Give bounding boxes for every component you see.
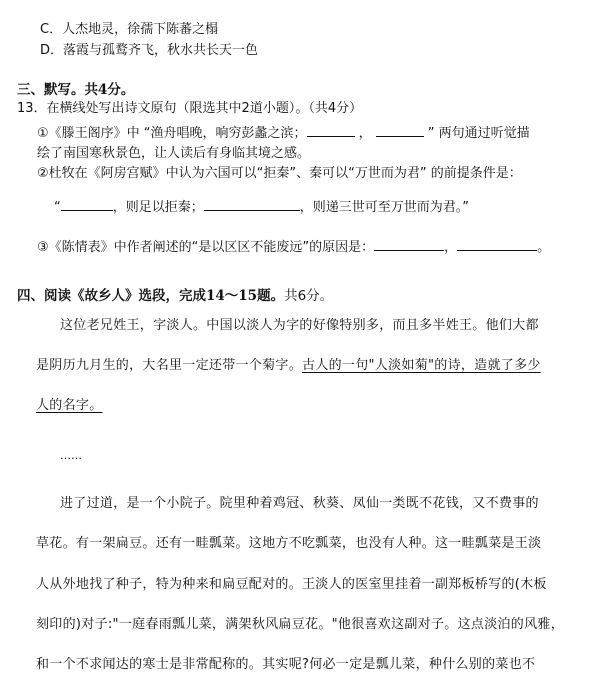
answer-blank[interactable]: [457, 238, 537, 251]
item-1-sep: ，: [355, 126, 372, 141]
item-3-prefix: ③《陈情表》中作者阐述的“是以区区不能废远”的原因是：: [37, 240, 374, 255]
option-d: D．落霞与孤鹜齐飞，秋水共长天一色: [40, 43, 258, 59]
answer-blank[interactable]: [307, 124, 355, 137]
paragraph-line: 是阴历九月生的，大名里一定还带一个菊字。古人的一句"人淡如菊"的诗，造就了多少: [36, 358, 541, 374]
item-2-line: ②杜牧在《阿房宫赋》中认为六国可以“拒秦”、秦可以“万世而为君” 的前提条件是：: [37, 166, 522, 182]
paragraph-line: 人的名字。: [36, 398, 103, 414]
paragraph-line: 人从外地找了种子，特为种来和扁豆配对的。王淡人的医室里挂着一副郑板桥写的(木板: [36, 577, 547, 593]
option-c: C．人杰地灵，徐孺下陈蕃之榻: [40, 22, 218, 38]
section-4-heading: 四、阅读《故乡人》选段，完成14～15题。共6分。: [17, 288, 333, 304]
section-3-heading: 三、默写。共4分。: [17, 82, 134, 98]
paragraph-line: 这位老兄姓王，字淡人。中国以淡人为字的好像特别多，而且多半姓王。他们大都: [60, 318, 539, 334]
answer-blank[interactable]: [374, 238, 444, 251]
item-1-line: ①《滕王阁序》中 “渔舟唱晚，响穷彭蠡之滨； ， ” 两句通过听觉描: [37, 124, 530, 142]
item-1-continuation: 绘了南国寒秋景色，让人读后有身临其境之感。: [37, 146, 310, 162]
item-2-blanks: “，则足以拒秦；，则递三世可至万世而为君。”: [54, 198, 469, 216]
section-4-score: 共6分。: [284, 288, 333, 304]
answer-blank[interactable]: [376, 124, 424, 137]
item-3-line: ③《陈情表》中作者阐述的“是以区区不能废远”的原因是：，。: [37, 238, 550, 256]
paragraph-line: 进了过道，是一个小院子。院里种着鸡冠、秋葵、凤仙一类既不花钱，又不费事的: [60, 496, 539, 512]
item-2-end: ，则递三世可至万世而为君。”: [300, 200, 469, 215]
item-3-sep: ，: [444, 240, 457, 255]
paragraph-line: 刻印的)对子:"一庭春雨瓢儿菜，满架秋风扁豆花。"他很喜欢这副对子。这点淡泊的风…: [36, 617, 564, 633]
question-13: 13．在横线处写出诗文原句（限选其中2道小题）。（共4分）: [17, 101, 362, 117]
item-2-mid: ，则足以拒秦；: [113, 200, 204, 215]
section-4-title: 四、阅读《故乡人》选段，完成14～15题。: [17, 288, 284, 304]
paragraph-line: 和一个不求闻达的寒士是非常配称的。其实呢?何必一定是瓢儿菜，种什么别的菜也不: [36, 657, 535, 673]
item-3-end: 。: [537, 240, 550, 255]
ellipsis: ……: [60, 448, 82, 464]
underlined-sentence: 古人的一句"人淡如菊"的诗，造就了多少: [302, 358, 541, 373]
answer-blank[interactable]: [204, 198, 300, 211]
item-1-prefix: ①《滕王阁序》中 “渔舟唱晚，响穷彭蠡之滨；: [37, 126, 307, 141]
text-plain: 是阴历九月生的，大名里一定还带一个菊字。: [36, 358, 302, 373]
paragraph-line: 草花。有一架扁豆。还有一畦瓢菜。这地方不吃瓢菜，也没有人种。这一畦瓢菜是王淡: [36, 536, 541, 552]
item-1-suffix: ” 两句通过听觉描: [424, 126, 530, 141]
open-quote: “: [54, 200, 61, 215]
answer-blank[interactable]: [61, 198, 113, 211]
